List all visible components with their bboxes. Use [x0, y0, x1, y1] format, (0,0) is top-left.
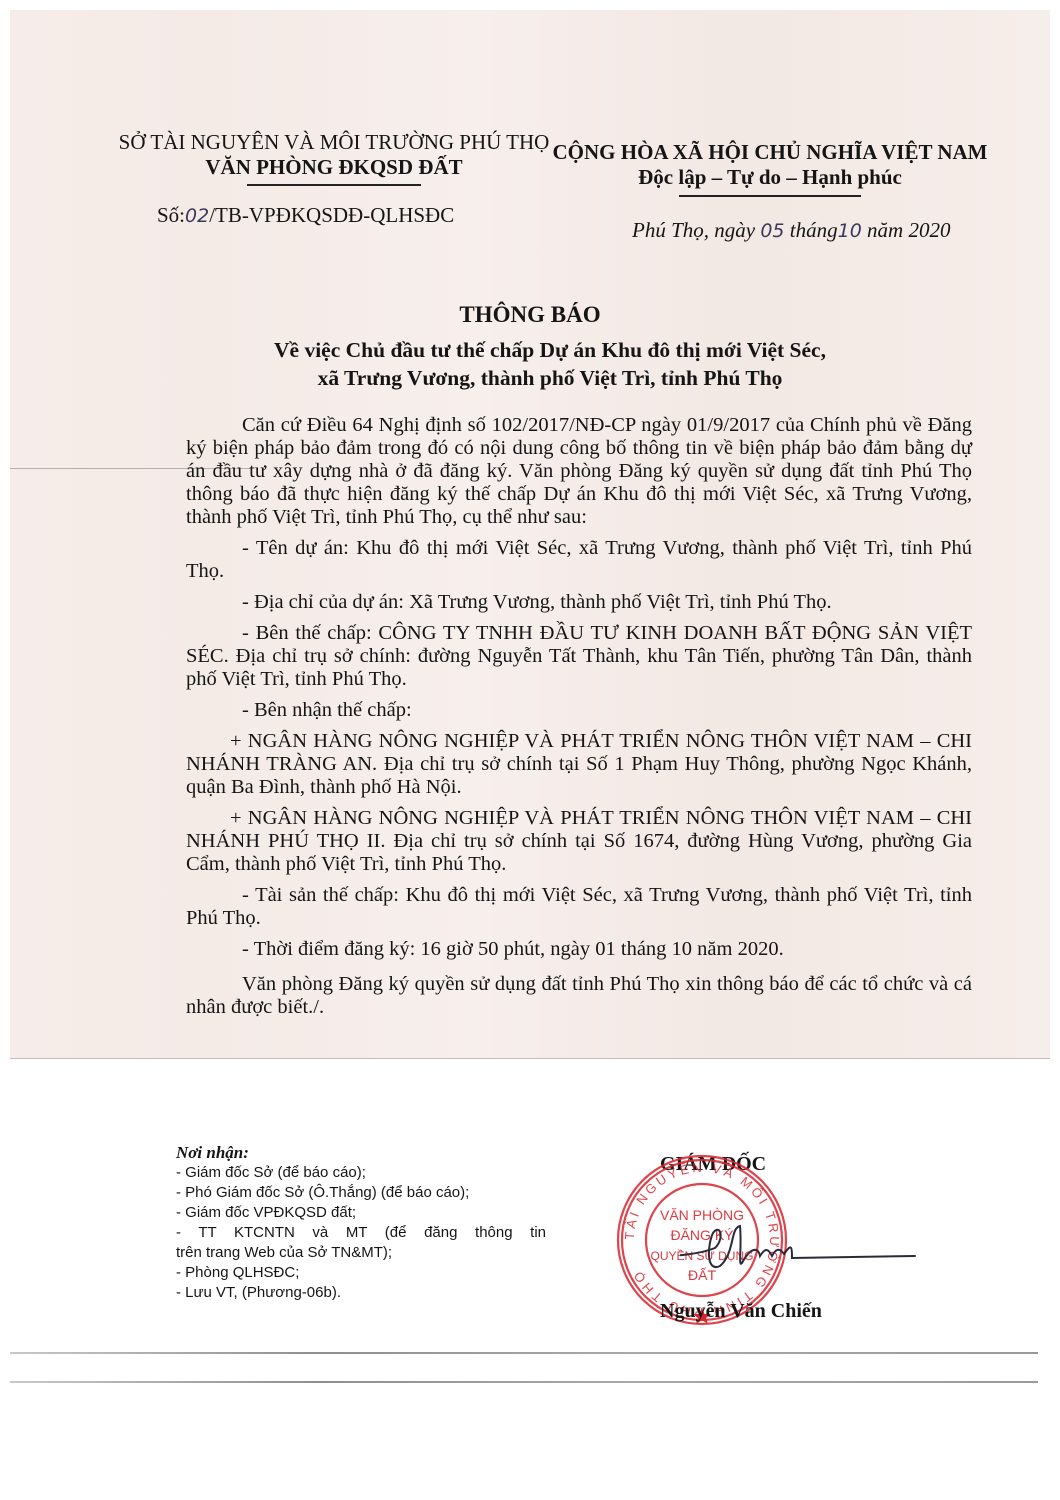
recipient-item: - TT KTCNTN và MT (để đăng thông tin [176, 1223, 546, 1243]
national-motto: Độc lập – Tự do – Hạnh phúc [540, 165, 1000, 190]
recipient-item: - Phó Giám đốc Sở (Ô.Thắng) (để báo cáo)… [176, 1183, 546, 1203]
collateral-item: - Tài sản thế chấp: Khu đô thị mới Việt … [186, 884, 972, 930]
document-subtitle: Về việc Chủ đầu tư thế chấp Dự án Khu đô… [200, 336, 900, 392]
registration-time-item: - Thời điểm đăng ký: 16 giờ 50 phút, ngà… [186, 938, 972, 961]
mortgagee-item: + NGÂN HÀNG NÔNG NGHIỆP VÀ PHÁT TRIỂN NÔ… [186, 807, 972, 876]
mortgagee-label: - Bên nhận thế chấp: [186, 699, 972, 722]
project-name-item: - Tên dự án: Khu đô thị mới Việt Séc, xã… [186, 537, 972, 583]
national-header: CỘNG HÒA XÃ HỘI CHỦ NGHĨA VIỆT NAM Độc l… [540, 140, 1000, 197]
document-body: Căn cứ Điều 64 Nghị định số 102/2017/NĐ-… [186, 414, 972, 1019]
recipient-item: - Giám đốc Sở (để báo cáo); [176, 1163, 546, 1183]
closing-paragraph: Văn phòng Đăng ký quyền sử dụng đất tỉnh… [186, 973, 972, 1019]
agency-underline [247, 184, 421, 186]
scan-edge-line [10, 1352, 1038, 1354]
mortgagee-item: + NGÂN HÀNG NÔNG NGHIỆP VÀ PHÁT TRIỂN NÔ… [186, 730, 972, 799]
motto-underline [679, 195, 861, 197]
intro-paragraph: Căn cứ Điều 64 Nghị định số 102/2017/NĐ-… [186, 414, 972, 529]
handwritten-signature-icon [680, 1218, 920, 1278]
recipients-list: Nơi nhận: - Giám đốc Sở (để báo cáo); - … [176, 1143, 546, 1303]
agency-header: SỞ TÀI NGUYÊN VÀ MÔI TRƯỜNG PHÚ THỌ VĂN … [104, 130, 564, 186]
document-number: Số:02/TB-VPĐKQSDĐ-QLHSĐC [157, 203, 454, 228]
recipient-item: trên trang Web của Sở TN&MT); [176, 1243, 546, 1263]
recipient-item: - Giám đốc VPĐKQSD đất; [176, 1203, 546, 1223]
scan-edge-line [10, 1381, 1038, 1383]
project-address-item: - Địa chỉ của dự án: Xã Trưng Vương, thà… [186, 591, 972, 614]
issue-date: Phú Thọ, ngày 05 tháng10 năm 2020 [632, 218, 950, 243]
handwritten-month: 10 [838, 220, 862, 242]
document-title: THÔNG BÁO [0, 302, 1060, 328]
recipient-item: - Phòng QLHSĐC; [176, 1263, 546, 1283]
mortgagor-item: - Bên thế chấp: CÔNG TY TNHH ĐẦU TƯ KINH… [186, 622, 972, 691]
handwritten-day: 05 [760, 220, 784, 242]
recipients-heading: Nơi nhận: [176, 1143, 546, 1163]
handwritten-number: 02 [185, 205, 209, 227]
agency-name: VĂN PHÒNG ĐKQSD ĐẤT [104, 155, 564, 180]
recipient-item: - Lưu VT, (Phương-06b). [176, 1283, 546, 1303]
nation-name: CỘNG HÒA XÃ HỘI CHỦ NGHĨA VIỆT NAM [540, 140, 1000, 165]
signer-name: Nguyễn Văn Chiến [660, 1300, 822, 1323]
agency-parent: SỞ TÀI NGUYÊN VÀ MÔI TRƯỜNG PHÚ THỌ [104, 130, 564, 155]
